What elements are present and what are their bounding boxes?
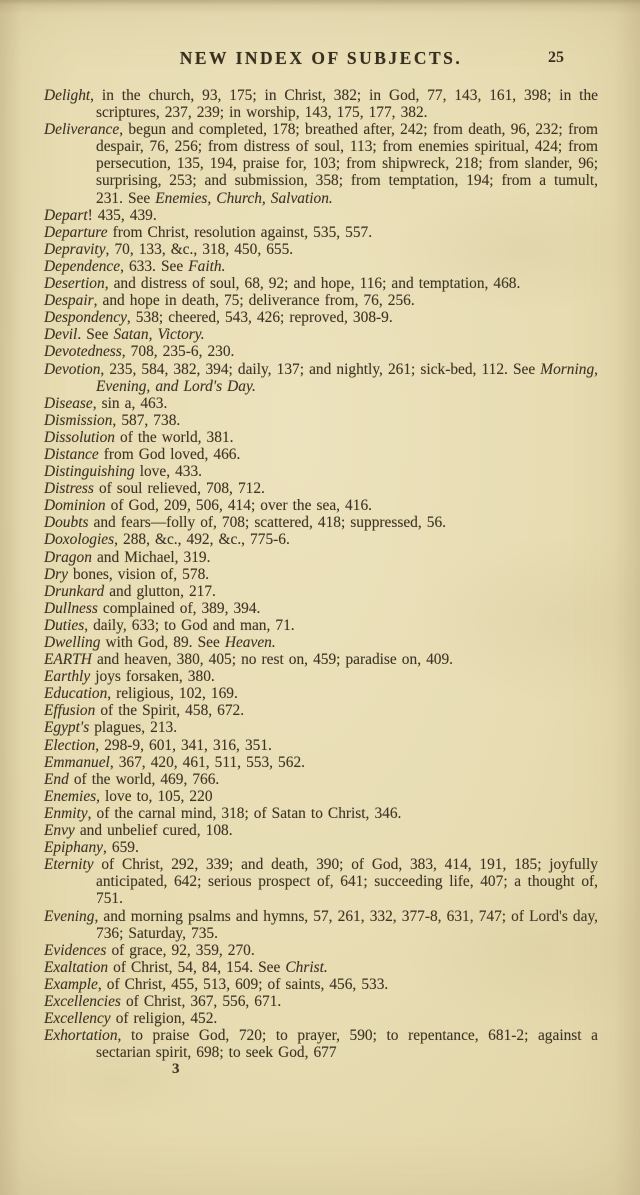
entry-text: , 298-9, 601, 341, 316, 351.	[95, 737, 272, 754]
entry-text: ! 435, 439.	[88, 207, 157, 224]
page-header: NEW INDEX OF SUBJECTS. 25	[44, 48, 598, 70]
entry-term: Dependence	[44, 258, 120, 275]
entry-term: Doxologies	[44, 531, 114, 548]
entry-text: of God, 209, 506, 414; over the sea, 416…	[106, 497, 372, 514]
index-entry: Doxologies, 288, &c., 492, &c., 775-6.	[44, 531, 598, 548]
entry-text: of soul relieved, 708, 712.	[94, 480, 265, 497]
index-entry: Effusion of the Spirit, 458, 672.	[44, 702, 598, 719]
entry-see-reference: Faith.	[188, 258, 225, 275]
entry-text: from Christ, resolution against, 535, 55…	[108, 224, 373, 241]
entry-term: Exhortation	[44, 1027, 118, 1044]
index-entry: Dependence, 633. See Faith.	[44, 258, 598, 275]
index-entry: Earthly joys forsaken, 380.	[44, 668, 598, 685]
index-entry: Dissolution of the world, 381.	[44, 429, 598, 446]
index-entry: Despair, and hope in death, 75; delivera…	[44, 292, 598, 309]
index-entry: Duties, daily, 633; to God and man, 71.	[44, 617, 598, 634]
index-entry: Delight, in the church, 93, 175; in Chri…	[44, 87, 598, 121]
entry-text: from God loved, 466.	[99, 446, 241, 463]
entry-term: Depravity	[44, 241, 106, 258]
entry-term: Devotedness	[44, 343, 122, 360]
entry-text: . See	[77, 326, 113, 343]
entry-text: and fears—folly of, 708; scattered, 418;…	[88, 514, 446, 531]
entry-term: Depart	[44, 207, 88, 224]
index-entry: Desertion, and distress of soul, 68, 92;…	[44, 275, 598, 292]
entry-text: plagues, 213.	[89, 719, 177, 736]
entry-text: , 367, 420, 461, 511, 553, 562.	[110, 754, 305, 771]
index-entry: Epiphany, 659.	[44, 839, 598, 856]
index-entry: Dullness complained of, 389, 394.	[44, 600, 598, 617]
entry-term: Enemies	[44, 788, 96, 805]
entry-text: of Christ, 292, 339; and death, 390; of …	[94, 856, 598, 907]
entry-term: Despondency	[44, 309, 127, 326]
index-entry: End of the world, 469, 766.	[44, 771, 598, 788]
entry-text: , in the church, 93, 175; in Christ, 382…	[90, 87, 598, 121]
index-entry: Evidences of grace, 92, 359, 270.	[44, 942, 598, 959]
entry-text: , sin a, 463.	[93, 395, 168, 412]
entry-text: , 633. See	[120, 258, 188, 275]
entry-text: , 235, 584, 382, 394; daily, 137; and ni…	[100, 361, 540, 378]
entry-text: of the world, 469, 766.	[69, 771, 219, 788]
entry-see-reference: Satan, Victory.	[114, 326, 205, 343]
entry-text: with God, 89. See	[100, 634, 224, 651]
entry-term: EARTH	[44, 651, 92, 668]
entry-term: Distress	[44, 480, 94, 497]
index-entry: Envy and unbelief cured, 108.	[44, 822, 598, 839]
index-entry: Deliverance, begun and completed, 178; b…	[44, 121, 598, 206]
entry-text: , 708, 235-6, 230.	[122, 343, 235, 360]
entry-term: Dullness	[44, 600, 98, 617]
entry-term: Enmity	[44, 805, 88, 822]
index-entry: Enmity, of the carnal mind, 318; of Sata…	[44, 805, 598, 822]
index-entry: Distance from God loved, 466.	[44, 446, 598, 463]
index-entry: Eternity of Christ, 292, 339; and death,…	[44, 856, 598, 907]
entry-text: of the world, 381.	[115, 429, 234, 446]
entry-term: Evening	[44, 908, 94, 925]
entry-term: Deliverance	[44, 121, 119, 138]
entry-text: , 587, 738.	[112, 412, 180, 429]
index-entry: Devil. See Satan, Victory.	[44, 326, 598, 343]
entry-term: Delight	[44, 87, 90, 104]
page-number: 25	[548, 49, 564, 67]
entry-text: love, 433.	[135, 463, 202, 480]
entry-term: Devil	[44, 326, 77, 343]
index-entry: Dry bones, vision of, 578.	[44, 566, 598, 583]
entry-text: and Michael, 319.	[92, 549, 211, 566]
entry-term: Effusion	[44, 702, 95, 719]
entry-term: Disease	[44, 395, 93, 412]
entry-see-reference: Heaven.	[225, 634, 276, 651]
index-entry: Dwelling with God, 89. See Heaven.	[44, 634, 598, 651]
entry-see-reference: Enemies, Church, Salvation.	[155, 190, 333, 207]
index-entry: Disease, sin a, 463.	[44, 395, 598, 412]
index-entry: Emmanuel, 367, 420, 461, 511, 553, 562.	[44, 754, 598, 771]
entry-text: of the Spirit, 458, 672.	[95, 702, 244, 719]
index-entry: Depart! 435, 439.	[44, 207, 598, 224]
entry-see-reference: Christ.	[285, 959, 327, 976]
entry-text: of religion, 452.	[111, 1010, 218, 1027]
entry-text: , love to, 105, 220	[96, 788, 212, 805]
entry-term: Eternity	[44, 856, 94, 873]
entry-term: Dragon	[44, 549, 92, 566]
entry-term: End	[44, 771, 69, 788]
entry-text: and glutton, 217.	[104, 583, 216, 600]
entry-term: Dwelling	[44, 634, 100, 651]
index-entries: Delight, in the church, 93, 175; in Chri…	[44, 87, 598, 1061]
index-entry: Devotion, 235, 584, 382, 394; daily, 137…	[44, 361, 598, 395]
index-entry: Departure from Christ, resolution agains…	[44, 224, 598, 241]
index-entry: Drunkard and glutton, 217.	[44, 583, 598, 600]
entry-term: Exaltation	[44, 959, 108, 976]
entry-term: Epiphany	[44, 839, 103, 856]
index-entry: Distress of soul relieved, 708, 712.	[44, 480, 598, 497]
index-entry: Doubts and fears—folly of, 708; scattere…	[44, 514, 598, 531]
index-entry: Evening, and morning psalms and hymns, 5…	[44, 908, 598, 942]
index-entry: Exhortation, to praise God, 720; to pray…	[44, 1027, 598, 1061]
book-page: NEW INDEX OF SUBJECTS. 25 Delight, in th…	[0, 0, 640, 1195]
entry-text: and unbelief cured, 108.	[75, 822, 233, 839]
index-entry: Dominion of God, 209, 506, 414; over the…	[44, 497, 598, 514]
index-entry: Education, religious, 102, 169.	[44, 685, 598, 702]
entry-term: Excellency	[44, 1010, 111, 1027]
entry-term: Desertion	[44, 275, 105, 292]
entry-text: bones, vision of, 578.	[68, 566, 209, 583]
entry-text: of Christ, 367, 556, 671.	[121, 993, 281, 1010]
page-title: NEW INDEX OF SUBJECTS.	[44, 48, 598, 69]
entry-text: , 288, &c., 492, &c., 775-6.	[114, 531, 290, 548]
entry-text: , 70, 133, &c., 318, 450, 655.	[106, 241, 294, 258]
index-entry: Excellencies of Christ, 367, 556, 671.	[44, 993, 598, 1010]
entry-text: , of Christ, 455, 513, 609; of saints, 4…	[98, 976, 388, 993]
signature-mark: 3	[44, 1061, 598, 1078]
entry-term: Dry	[44, 566, 68, 583]
index-entry: Exaltation of Christ, 54, 84, 154. See C…	[44, 959, 598, 976]
entry-text: of Christ, 54, 84, 154. See	[108, 959, 285, 976]
entry-text: , religious, 102, 169.	[107, 685, 238, 702]
entry-term: Evidences	[44, 942, 106, 959]
entry-term: Despair	[44, 292, 94, 309]
entry-text: , and distress of soul, 68, 92; and hope…	[105, 275, 521, 292]
entry-text: , 538; cheered, 543, 426; reproved, 308-…	[127, 309, 393, 326]
entry-text: of grace, 92, 359, 270.	[106, 942, 254, 959]
index-entry: Distinguishing love, 433.	[44, 463, 598, 480]
entry-term: Dismission	[44, 412, 112, 429]
entry-term: Excellencies	[44, 993, 121, 1010]
entry-text: and heaven, 380, 405; no rest on, 459; p…	[92, 651, 453, 668]
entry-text: , daily, 633; to God and man, 71.	[84, 617, 294, 634]
entry-term: Distance	[44, 446, 99, 463]
entry-term: Envy	[44, 822, 75, 839]
entry-term: Egypt's	[44, 719, 89, 736]
index-entry: Devotedness, 708, 235-6, 230.	[44, 343, 598, 360]
entry-text: , and hope in death, 75; deliverance fro…	[94, 292, 415, 309]
entry-text: , 659.	[103, 839, 139, 856]
entry-term: Earthly	[44, 668, 90, 685]
entry-term: Dissolution	[44, 429, 115, 446]
entry-term: Emmanuel	[44, 754, 110, 771]
index-entry: Dragon and Michael, 319.	[44, 549, 598, 566]
entry-term: Departure	[44, 224, 108, 241]
index-entry: EARTH and heaven, 380, 405; no rest on, …	[44, 651, 598, 668]
entry-term: Drunkard	[44, 583, 104, 600]
index-entry: Enemies, love to, 105, 220	[44, 788, 598, 805]
index-entry: Egypt's plagues, 213.	[44, 719, 598, 736]
index-entry: Despondency, 538; cheered, 543, 426; rep…	[44, 309, 598, 326]
entry-term: Distinguishing	[44, 463, 135, 480]
index-entry: Election, 298-9, 601, 341, 316, 351.	[44, 737, 598, 754]
entry-text: joys forsaken, 380.	[90, 668, 215, 685]
entry-term: Dominion	[44, 497, 106, 514]
index-entry: Depravity, 70, 133, &c., 318, 450, 655.	[44, 241, 598, 258]
entry-text: , to praise God, 720; to prayer, 590; to…	[96, 1027, 598, 1061]
entry-term: Duties	[44, 617, 84, 634]
entry-term: Election	[44, 737, 95, 754]
index-entry: Dismission, 587, 738.	[44, 412, 598, 429]
entry-term: Education	[44, 685, 107, 702]
entry-term: Example	[44, 976, 98, 993]
entry-text: , and morning psalms and hymns, 57, 261,…	[94, 908, 598, 942]
entry-text: , of the carnal mind, 318; of Satan to C…	[88, 805, 402, 822]
index-entry: Example, of Christ, 455, 513, 609; of sa…	[44, 976, 598, 993]
entry-term: Doubts	[44, 514, 88, 531]
entry-text: complained of, 389, 394.	[98, 600, 261, 617]
entry-term: Devotion	[44, 361, 100, 378]
index-entry: Excellency of religion, 452.	[44, 1010, 598, 1027]
